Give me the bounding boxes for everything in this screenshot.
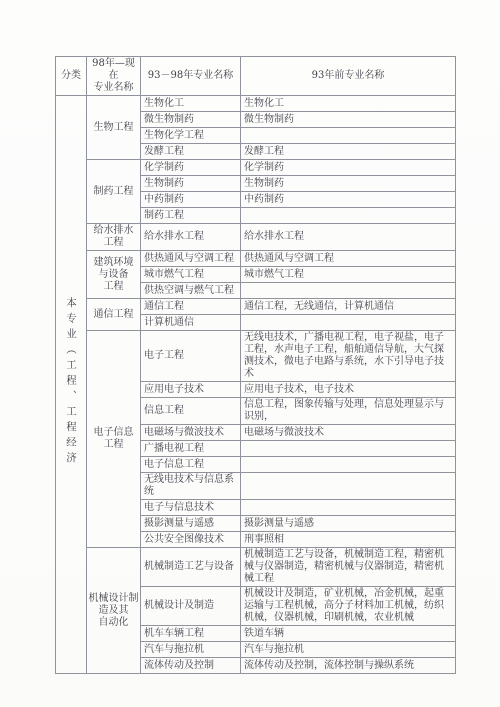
specialty-93-98-cell: 给水排水工程 — [141, 224, 241, 251]
specialty-93-98-cell: 计算机通信 — [141, 315, 241, 331]
specialty-93-98-cell: 城市燃气工程 — [141, 267, 241, 283]
group-label-cell: 建筑环境 与设备 工程 — [87, 251, 141, 299]
specialty-name-mapping-table: 分类 98年—现在 专业名称 93－98年专业名称 93年前专业名称 本专业（工… — [55, 56, 456, 674]
group-label-cell: 机械设计制 造及其 自动化 — [87, 548, 141, 674]
specialty-pre-93-cell: 生物化工 — [241, 96, 456, 112]
specialty-93-98-cell: 化学制药 — [141, 160, 241, 176]
specialty-pre-93-cell — [241, 500, 456, 516]
specialty-93-98-cell: 生物制药 — [141, 176, 241, 192]
specialty-93-98-cell: 电子信息工程 — [141, 457, 241, 473]
specialty-pre-93-cell: 城市燃气工程 — [241, 267, 456, 283]
group-label-cell: 通信工程 — [87, 299, 141, 331]
specialty-pre-93-cell: 刑事照相 — [241, 532, 456, 548]
specialty-pre-93-cell: 信息工程，图象传输与处理，信息处理显示与识别， — [241, 398, 456, 425]
specialty-pre-93-cell: 微生物制药 — [241, 112, 456, 128]
header-category: 分类 — [56, 57, 87, 96]
specialty-pre-93-cell: 通信工程，无线通信，计算机通信 — [241, 299, 456, 315]
specialty-pre-93-cell: 发酵工程 — [241, 144, 456, 160]
header-93-98-names: 93－98年专业名称 — [141, 57, 241, 96]
table-body: 本专业（工程、工程经济生物工程生物化工生物化工微生物制药微生物制药生物化学工程发… — [56, 96, 456, 674]
header-row: 分类 98年—现在 专业名称 93－98年专业名称 93年前专业名称 — [56, 57, 456, 96]
specialty-93-98-cell: 机车车辆工程 — [141, 626, 241, 642]
table-row: 通信工程通信工程通信工程，无线通信，计算机通信 — [56, 299, 456, 315]
specialty-93-98-cell: 生物化学工程 — [141, 128, 241, 144]
specialty-pre-93-cell: 摄影测量与遥感 — [241, 516, 456, 532]
specialty-93-98-cell: 机械制造工艺与设备 — [141, 548, 241, 587]
specialty-93-98-cell: 公共安全图像技术 — [141, 532, 241, 548]
specialty-pre-93-cell: 机械制造工艺与设备，机械制造工程，精密机械与仪器制造，精密机械与仪器制造，精密机… — [241, 548, 456, 587]
header-pre-93-names: 93年前专业名称 — [241, 57, 456, 96]
group-label-cell: 电子信息 工程 — [87, 331, 141, 548]
specialty-93-98-cell: 广播电视工程 — [141, 441, 241, 457]
specialty-pre-93-cell: 中药制药 — [241, 192, 456, 208]
specialty-pre-93-cell: 化学制药 — [241, 160, 456, 176]
specialty-93-98-cell: 中药制药 — [141, 192, 241, 208]
specialty-pre-93-cell — [241, 441, 456, 457]
specialty-93-98-cell: 应用电子技术 — [141, 382, 241, 398]
table-row: 制药工程化学制药化学制药 — [56, 160, 456, 176]
specialty-pre-93-cell: 应用电子技术，电子技术 — [241, 382, 456, 398]
specialty-pre-93-cell — [241, 457, 456, 473]
table-row: 给水排水 工程给水排水工程给水排水工程 — [56, 224, 456, 251]
group-label-cell: 生物工程 — [87, 96, 141, 160]
specialty-pre-93-cell: 电磁场与微波技术 — [241, 425, 456, 441]
scanned-document-page: 分类 98年—现在 专业名称 93－98年专业名称 93年前专业名称 本专业（工… — [0, 0, 500, 707]
specialty-pre-93-cell — [241, 473, 456, 500]
specialty-pre-93-cell: 汽车与拖拉机 — [241, 642, 456, 658]
specialty-93-98-cell: 电磁场与微波技术 — [141, 425, 241, 441]
category-vertical-label: 本专业（工程、工程经济 — [65, 297, 77, 468]
specialty-pre-93-cell — [241, 128, 456, 144]
specialty-93-98-cell: 供热通风与空调工程 — [141, 251, 241, 267]
category-cell: 本专业（工程、工程经济 — [56, 96, 87, 674]
specialty-pre-93-cell: 无线电技术，广播电视工程，电子视盐，电子工程，水声电子工程，船舶通信导航，大气探… — [241, 331, 456, 382]
specialty-93-98-cell: 制药工程 — [141, 208, 241, 224]
specialty-93-98-cell: 通信工程 — [141, 299, 241, 315]
specialty-93-98-cell: 发酵工程 — [141, 144, 241, 160]
specialty-pre-93-cell: 给水排水工程 — [241, 224, 456, 251]
group-label-cell: 制药工程 — [87, 160, 141, 224]
table-row: 本专业（工程、工程经济生物工程生物化工生物化工 — [56, 96, 456, 112]
specialty-93-98-cell: 微生物制药 — [141, 112, 241, 128]
specialty-93-98-cell: 电子与信息技术 — [141, 500, 241, 516]
specialty-pre-93-cell — [241, 283, 456, 299]
specialty-93-98-cell: 无线电技术与信息系统 — [141, 473, 241, 500]
table-row: 建筑环境 与设备 工程供热通风与空调工程供热通风与空调工程 — [56, 251, 456, 267]
specialty-93-98-cell: 汽车与拖拉机 — [141, 642, 241, 658]
table-row: 电子信息 工程电子工程无线电技术，广播电视工程，电子视盐，电子工程，水声电子工程… — [56, 331, 456, 382]
specialty-93-98-cell: 供热空调与燃气工程 — [141, 283, 241, 299]
specialty-93-98-cell: 信息工程 — [141, 398, 241, 425]
table-row: 机械设计制 造及其 自动化机械制造工艺与设备机械制造工艺与设备，机械制造工程，精… — [56, 548, 456, 587]
group-label-cell: 给水排水 工程 — [87, 224, 141, 251]
specialty-pre-93-cell: 机械设计及制造，矿业机械，冶金机械，起重运输与工程机械，高分子材料加工机械，纺织… — [241, 587, 456, 626]
specialty-pre-93-cell — [241, 315, 456, 331]
specialty-93-98-cell: 机械设计及制造 — [141, 587, 241, 626]
specialty-pre-93-cell — [241, 208, 456, 224]
specialty-pre-93-cell: 生物制药 — [241, 176, 456, 192]
specialty-93-98-cell: 生物化工 — [141, 96, 241, 112]
specialty-pre-93-cell: 流体传动及控制，流体控制与操纵系统 — [241, 658, 456, 674]
specialty-pre-93-cell: 铁道车辆 — [241, 626, 456, 642]
header-current-names: 98年—现在 专业名称 — [87, 57, 141, 96]
specialty-93-98-cell: 流体传动及控制 — [141, 658, 241, 674]
specialty-93-98-cell: 摄影测量与遥感 — [141, 516, 241, 532]
specialty-93-98-cell: 电子工程 — [141, 331, 241, 382]
specialty-pre-93-cell: 供热通风与空调工程 — [241, 251, 456, 267]
